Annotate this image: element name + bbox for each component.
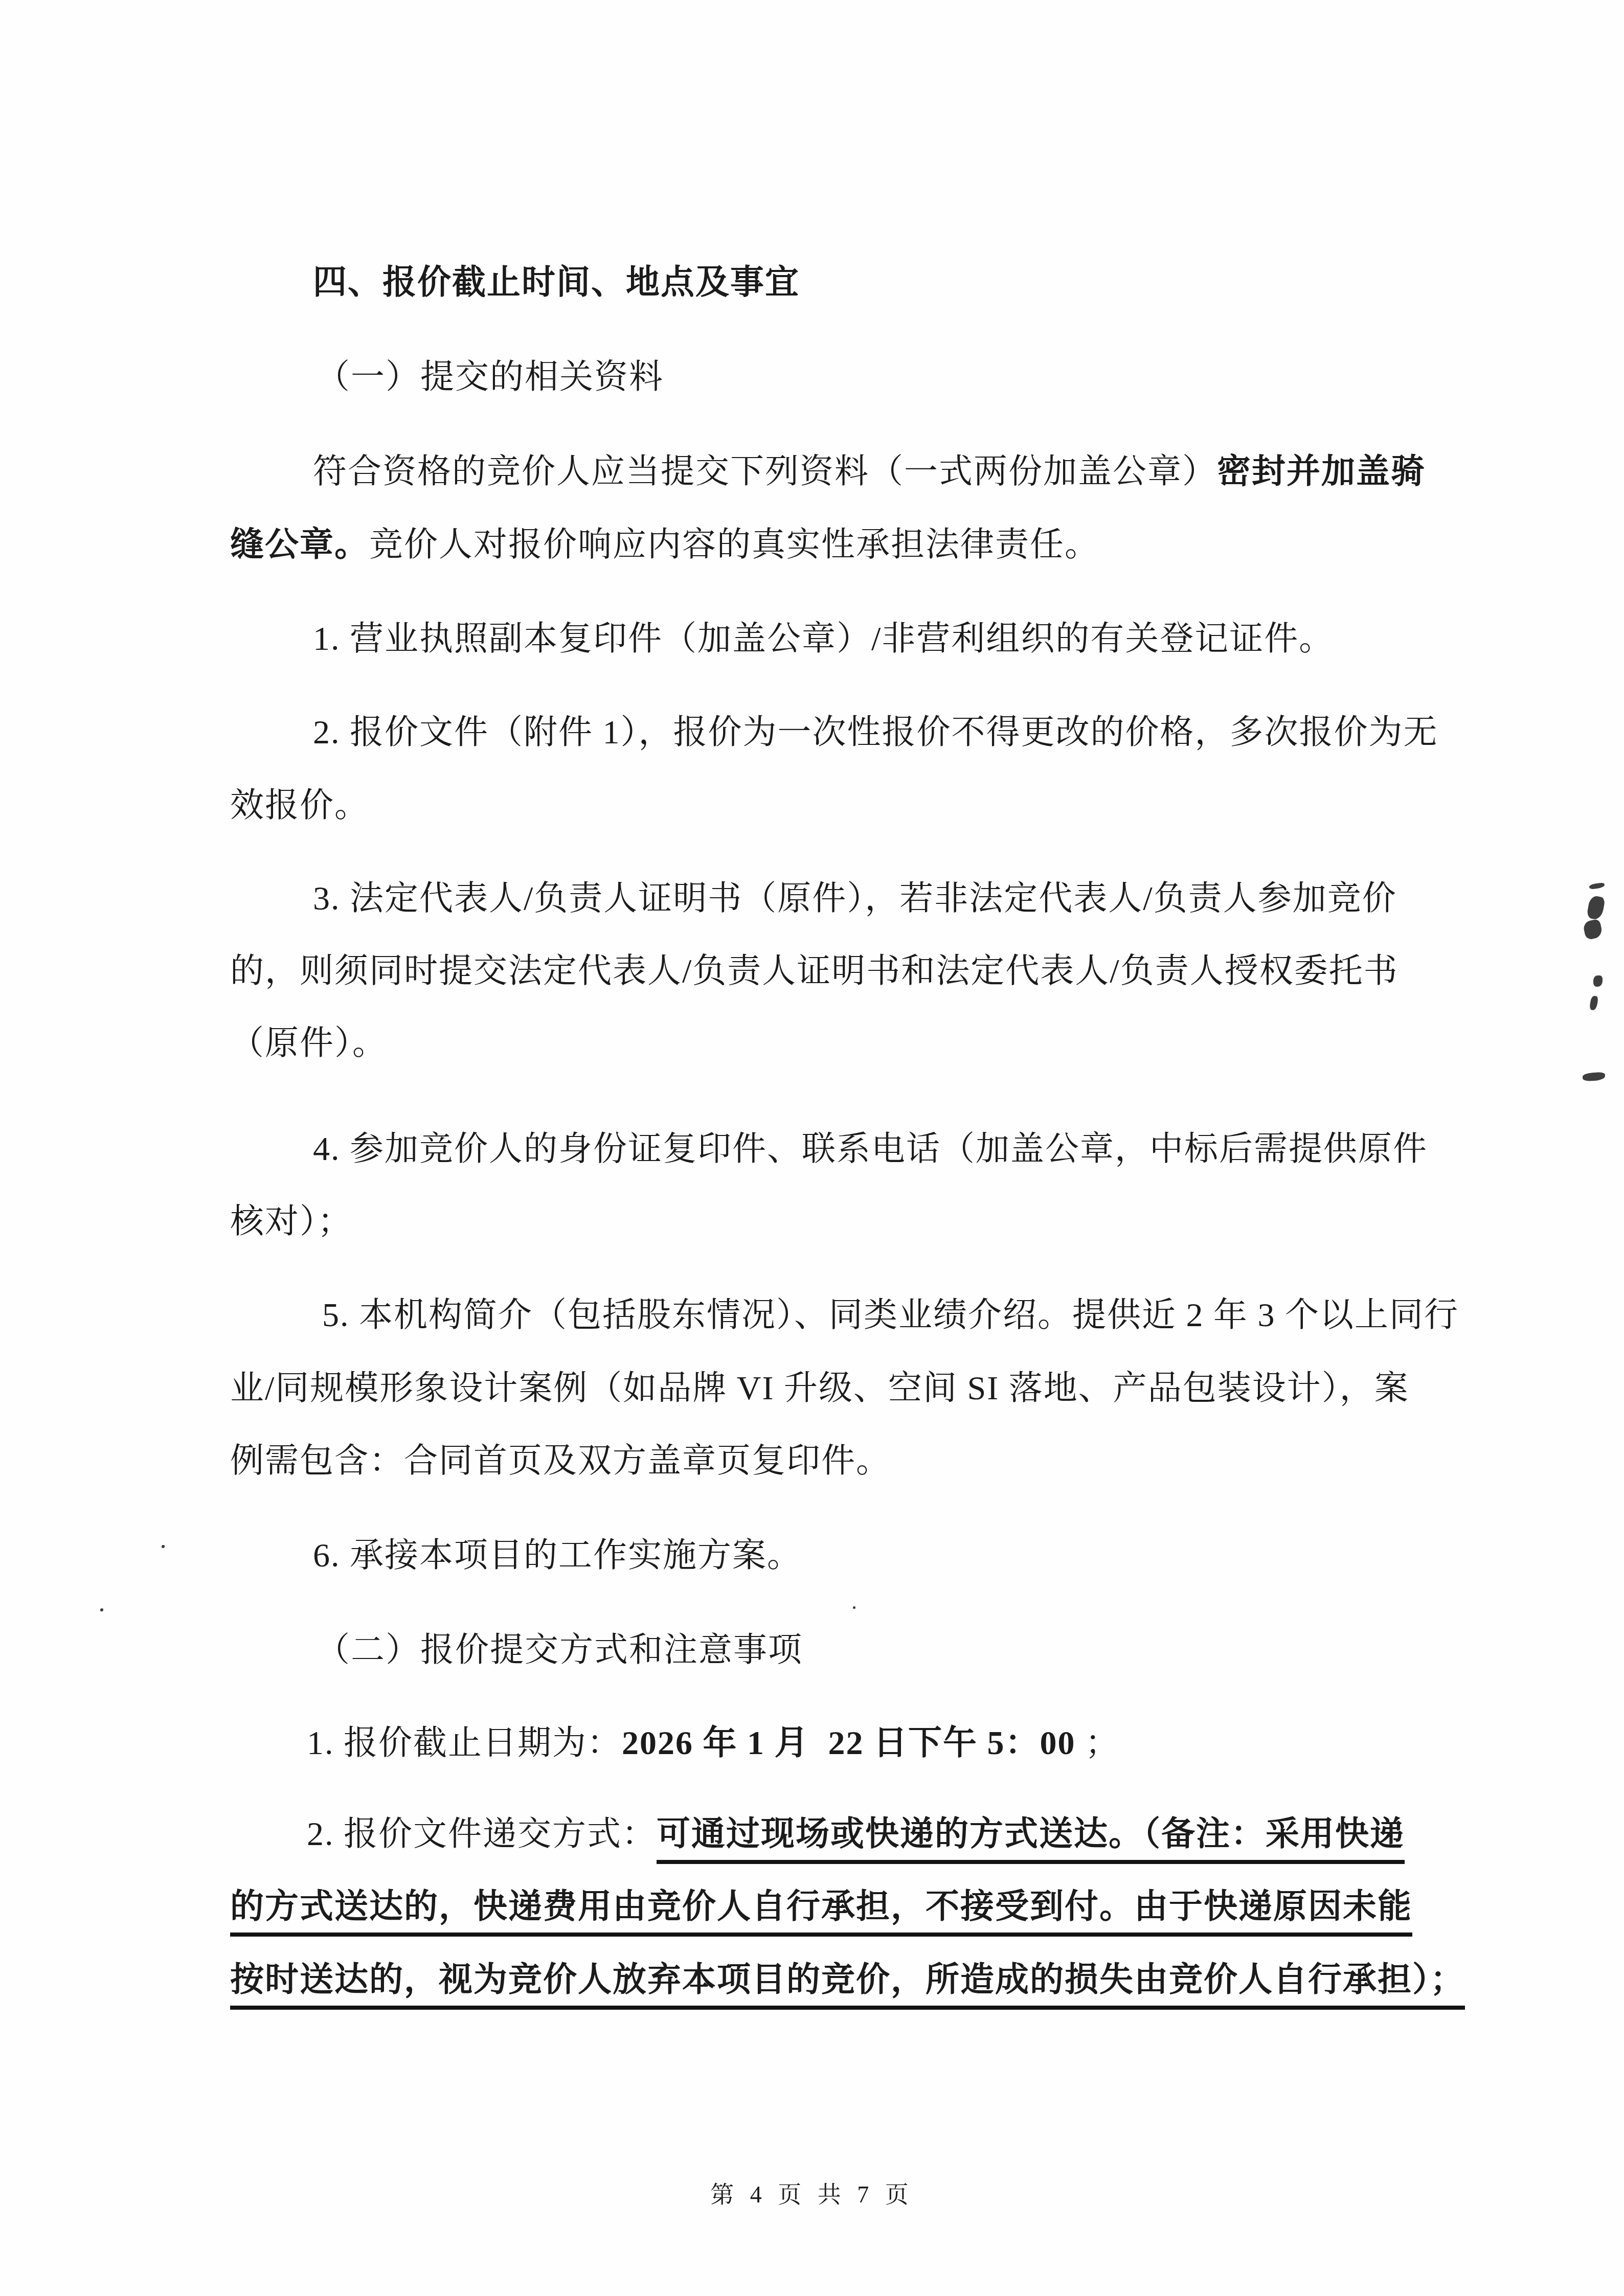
text-segment: 的方式送达的，快递费用由竞价人自行承担，不接受到付。由于快递原因未能 (230, 1888, 1412, 1937)
text-segment: 4. 参加竞价人的身份证复印件、联系电话（加盖公章，中标后需提供原件 (313, 1130, 1428, 1168)
scan-smudge (1583, 1072, 1606, 1081)
text-line: （一）提交的相关资料 (316, 358, 664, 397)
text-segment: 2. 报价文件递交方式： (307, 1815, 657, 1853)
text-segment: （一）提交的相关资料 (316, 358, 664, 396)
scan-smudge (1589, 882, 1605, 890)
text-segment: 四、报价截止时间、地点及事宜 (313, 264, 800, 301)
text-line: 5. 本机构简介（包括股东情况）、同类业绩介绍。提供近 2 年 3 个以上同行 (322, 1296, 1459, 1335)
text-segment: （二）报价提交方式和注意事项 (316, 1631, 803, 1669)
scan-smudge (1593, 975, 1603, 987)
text-line: 符合资格的竞价人应当提交下列资料（一式两份加盖公章）密封并加盖骑 (313, 452, 1426, 491)
text-segment: 可通过现场或快递的方式送达。（备注：采用快递 (657, 1815, 1405, 1864)
text-line: 3. 法定代表人/负责人证明书（原件），若非法定代表人/负责人参加竞价 (313, 879, 1397, 918)
text-segment: 6. 承接本项目的工作实施方案。 (313, 1537, 802, 1574)
text-line: 效报价。 (230, 786, 369, 825)
text-segment: ； (1076, 1724, 1120, 1762)
text-line: 6. 承接本项目的工作实施方案。 (313, 1536, 802, 1575)
text-line: 的，则须同时提交法定代表人/负责人证明书和法定代表人/负责人授权委托书 (230, 952, 1399, 991)
scan-smudge (100, 1608, 103, 1611)
text-line: 按时送达的，视为竞价人放弃本项目的竞价，所造成的损失由竞价人自行承担）； (230, 1961, 1465, 1999)
page-number-footer: 第 4 页 共 7 页 (0, 2176, 1624, 2210)
text-line: 核对）； (230, 1202, 352, 1241)
scan-smudge (853, 1606, 855, 1609)
scan-smudge (1583, 919, 1604, 940)
document-page: 四、报价截止时间、地点及事宜（一）提交的相关资料符合资格的竞价人应当提交下列资料… (0, 0, 1624, 2296)
text-line: 2. 报价文件递交方式：可通过现场或快递的方式送达。（备注：采用快递 (307, 1815, 1405, 1854)
scan-smudge (1589, 995, 1598, 1011)
text-line: 缝公章。竞价人对报价响应内容的真实性承担法律责任。 (230, 526, 1099, 564)
text-line: 例需包含：合同首页及双方盖章页复印件。 (230, 1442, 891, 1481)
text-line: （原件）。 (230, 1024, 387, 1063)
text-segment: 3. 法定代表人/负责人证明书（原件），若非法定代表人/负责人参加竞价 (313, 880, 1397, 917)
text-segment: 的，则须同时提交法定代表人/负责人证明书和法定代表人/负责人授权委托书 (230, 952, 1399, 990)
scan-smudge (162, 1545, 165, 1548)
text-line: （二）报价提交方式和注意事项 (316, 1631, 803, 1670)
text-segment: 5. 本机构简介（包括股东情况）、同类业绩介绍。提供近 2 年 3 个以上同行 (322, 1297, 1459, 1334)
text-line: 四、报价截止时间、地点及事宜 (313, 263, 800, 302)
text-line: 的方式送达的，快递费用由竞价人自行承担，不接受到付。由于快递原因未能 (230, 1888, 1412, 1926)
text-segment: 密封并加盖骑 (1217, 453, 1426, 490)
text-segment: 业/同规模形象设计案例（如品牌 VI 升级、空间 SI 落地、产品包装设计），案 (230, 1370, 1409, 1407)
text-line: 1. 报价截止日期为：2026 年 1 月 22 日下午 5：00 ； (307, 1724, 1120, 1763)
text-segment: 缝公章。 (230, 526, 369, 563)
text-segment: 符合资格的竞价人应当提交下列资料（一式两份加盖公章） (313, 453, 1217, 490)
text-segment: 1. 营业执照副本复印件（加盖公章）/非营利组织的有关登记证件。 (313, 620, 1334, 657)
text-line: 4. 参加竞价人的身份证复印件、联系电话（加盖公章，中标后需提供原件 (313, 1130, 1428, 1169)
text-segment: 按时送达的，视为竞价人放弃本项目的竞价，所造成的损失由竞价人自行承担）； (230, 1961, 1465, 2010)
text-line: 1. 营业执照副本复印件（加盖公章）/非营利组织的有关登记证件。 (313, 620, 1334, 658)
scan-smudge (1586, 895, 1605, 921)
text-segment: 2026 年 1 月 22 日下午 5：00 (622, 1724, 1076, 1762)
text-segment: 核对）； (230, 1203, 352, 1240)
text-segment: 1. 报价截止日期为： (307, 1724, 622, 1762)
text-segment: 例需包含：合同首页及双方盖章页复印件。 (230, 1442, 891, 1480)
text-segment: 效报价。 (230, 787, 369, 824)
text-line: 2. 报价文件（附件 1），报价为一次性报价不得更改的价格，多次报价为无 (313, 713, 1438, 752)
text-line: 业/同规模形象设计案例（如品牌 VI 升级、空间 SI 落地、产品包装设计），案 (230, 1369, 1409, 1408)
text-segment: 2. 报价文件（附件 1），报价为一次性报价不得更改的价格，多次报价为无 (313, 714, 1438, 751)
text-segment: 竞价人对报价响应内容的真实性承担法律责任。 (369, 526, 1099, 563)
text-segment: （原件）。 (230, 1025, 387, 1062)
